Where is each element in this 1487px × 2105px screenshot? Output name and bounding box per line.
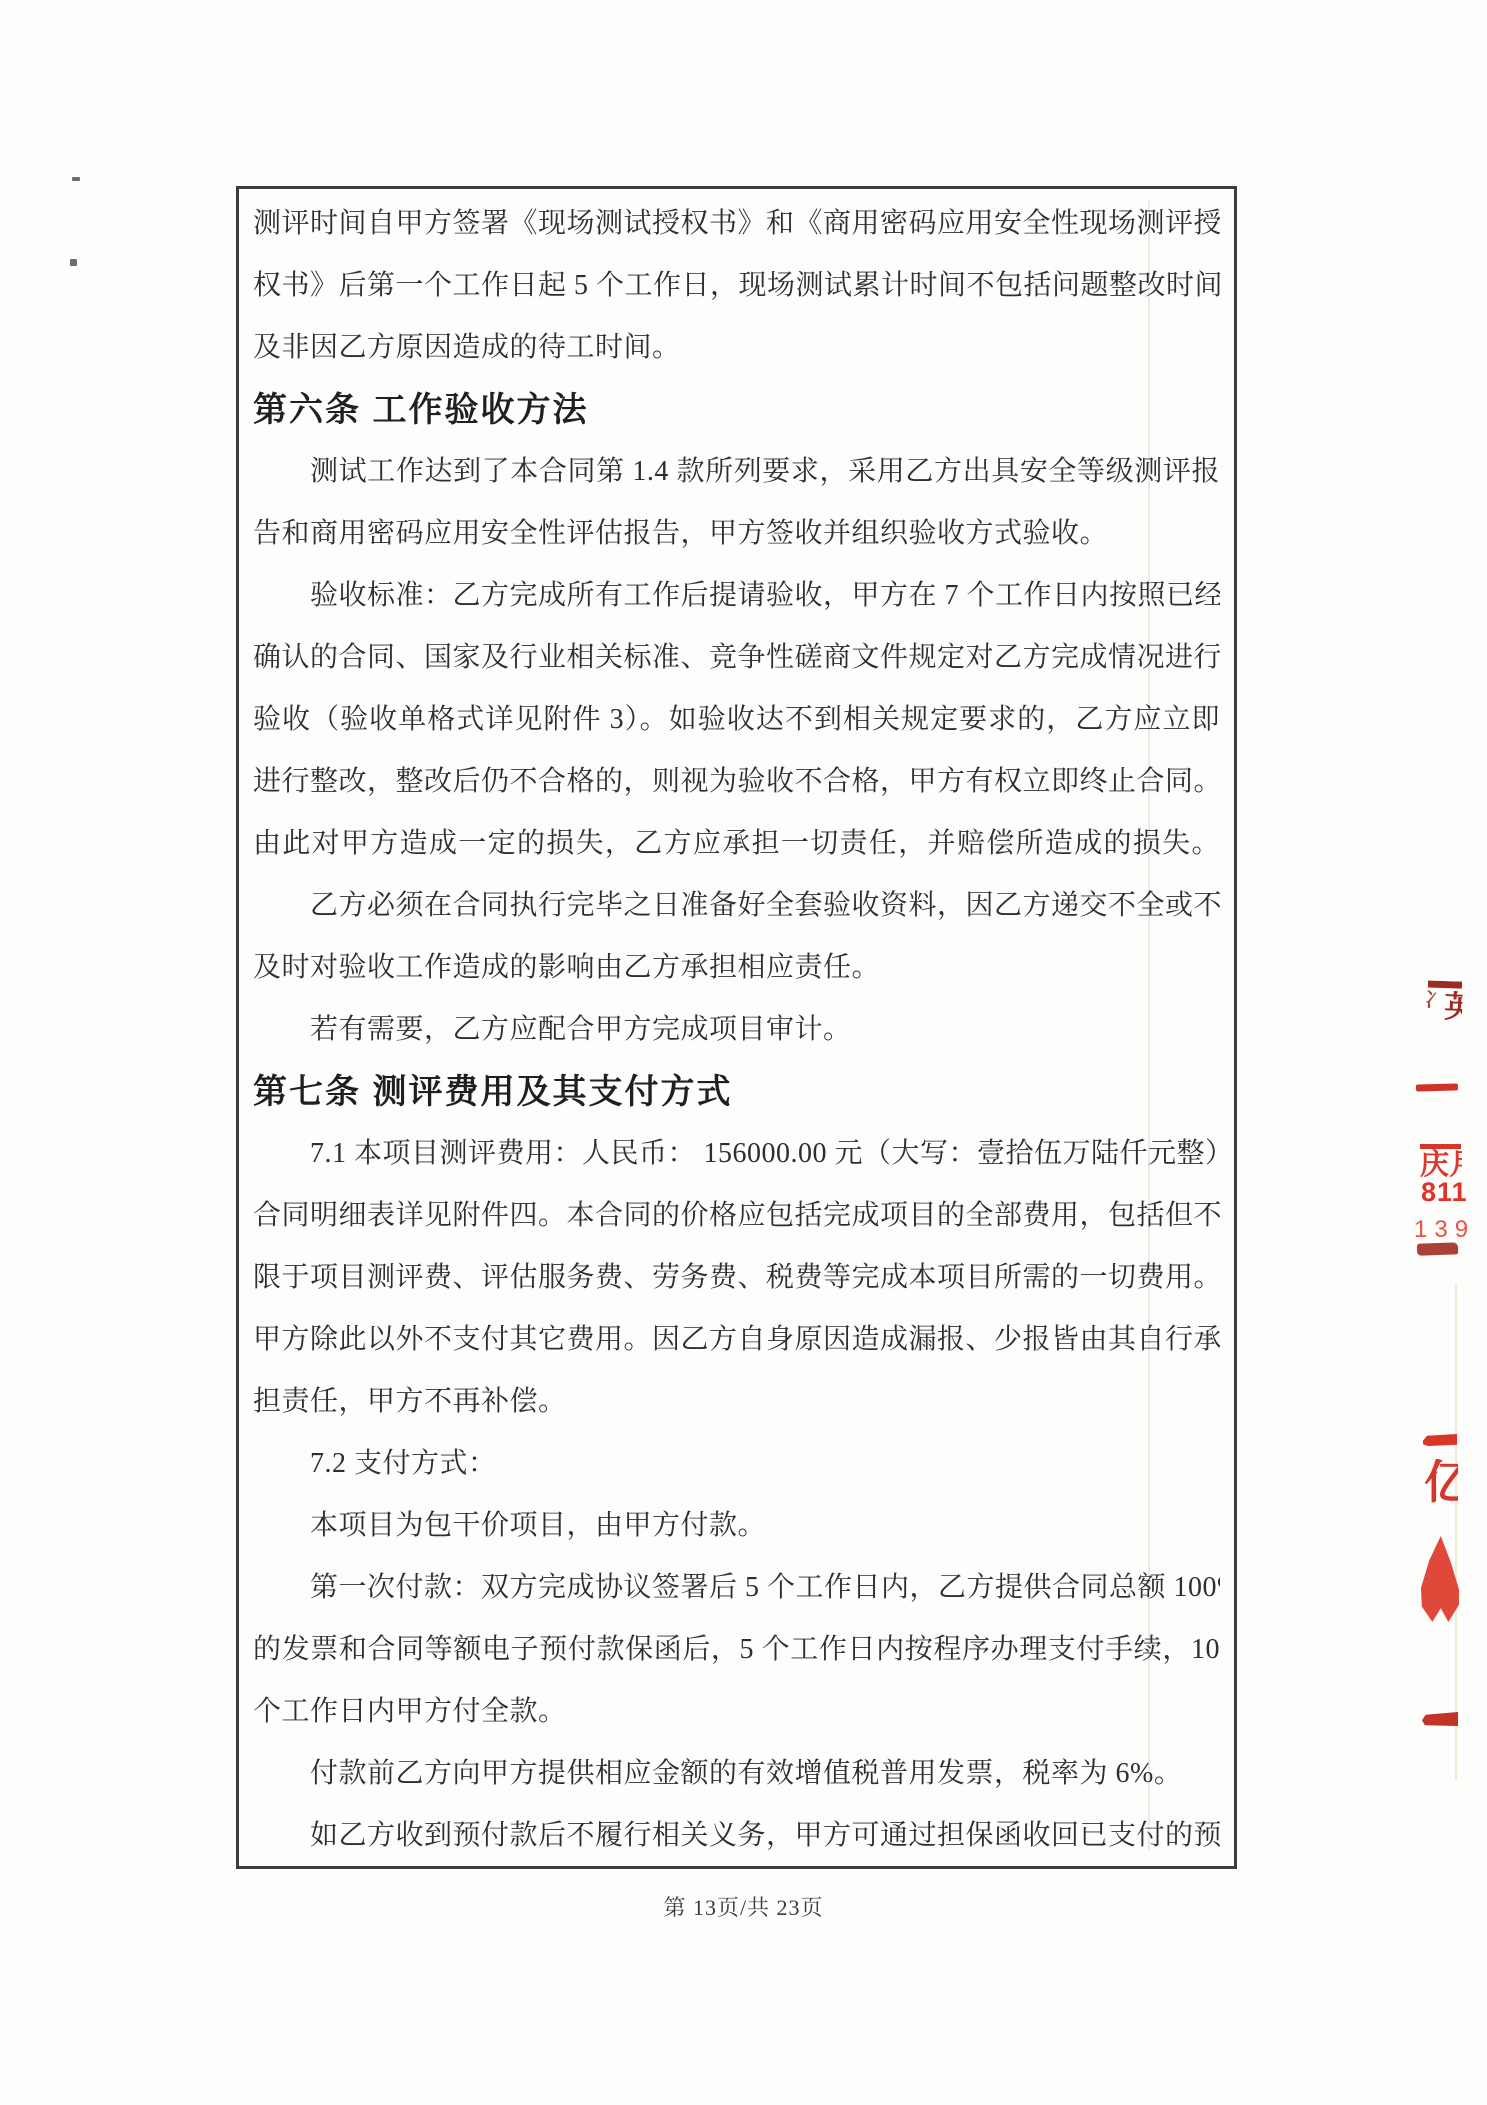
contract-text-line: 若有需要，乙方应配合甲方完成项目审计。 [253, 999, 1220, 1061]
contract-text-line: 及非因乙方原因造成的待工时间。 [253, 317, 1220, 379]
red-seal-fragment: 冫英 [1423, 980, 1463, 1045]
contract-text-box: 测评时间自甲方签署《现场测试授权书》和《商用密码应用安全性现场测评授权书》后第一… [236, 186, 1237, 1869]
red-stamp-bar [1422, 1712, 1458, 1726]
contract-text-line: 告和商用密码应用安全性评估报告，甲方签收并组织验收方式验收。 [253, 503, 1220, 565]
contract-text-line: 验收标准：乙方完成所有工作后提请验收，甲方在 7 个工作日内按照已经 [253, 565, 1220, 627]
seal-bar [1428, 980, 1462, 988]
contract-text-line: 本项目为包干价项目，由甲方付款。 [253, 1495, 1220, 1557]
red-stamp-digits-139: 139 [1414, 1217, 1475, 1243]
red-stamp-text-qing: 庆月 [1420, 1144, 1466, 1181]
red-stamp-smudge [1417, 1242, 1458, 1255]
contract-text-line: 担责任，甲方不再补偿。 [253, 1371, 1220, 1433]
scanned-contract-page: 测评时间自甲方签署《现场测试授权书》和《商用密码应用安全性现场测评授权书》后第一… [0, 0, 1487, 2105]
contract-text-line: 测试工作达到了本合同第 1.4 款所列要求，采用乙方出具安全等级测评报 [253, 441, 1220, 503]
contract-text-line: 如乙方收到预付款后不履行相关义务，甲方可通过担保函收回已支付的预 [253, 1805, 1220, 1867]
contract-text-line: 乙方必须在合同执行完毕之日准备好全套验收资料，因乙方递交不全或不 [253, 875, 1220, 937]
contract-text-line: 7.1 本项目测评费用：人民币： 156000.00 元（大写：壹拾伍万陆仟元整… [253, 1123, 1220, 1185]
section-heading: 第六条 工作验收方法 [253, 379, 1220, 441]
contract-text-line: 的发票和合同等额电子预付款保函后，5 个工作日内按程序办理支付手续，10 [253, 1619, 1220, 1681]
contract-text-line: 及时对验收工作造成的影响由乙方承担相应责任。 [253, 937, 1220, 999]
contract-text-line: 测评时间自甲方签署《现场测试授权书》和《商用密码应用安全性现场测评授 [253, 193, 1220, 255]
contract-text-line: 甲方除此以外不支付其它费用。因乙方自身原因造成漏报、少报皆由其自行承 [253, 1309, 1220, 1371]
contract-text-line: 个工作日内甲方付全款。 [253, 1681, 1220, 1743]
contract-text-line: 确认的合同、国家及行业相关标准、竞争性磋商文件规定对乙方完成情况进行 [253, 627, 1220, 689]
red-stamp-digits-811: 811 [1421, 1179, 1468, 1206]
seal-character: 英 [1444, 990, 1463, 1025]
red-stamp-partial-character: 亿 [1424, 1459, 1458, 1509]
stamp-overline [1420, 1144, 1461, 1149]
scan-streak [1455, 1285, 1457, 1780]
contract-text-line: 限于项目测评费、评估服务费、劳务费、税费等完成本项目所需的一切费用。 [253, 1247, 1220, 1309]
stamp-char-partial: 月 [1449, 1150, 1462, 1181]
red-stamp-bar [1416, 1083, 1458, 1091]
contract-text-line: 付款前乙方向甲方提供相应金额的有效增值税普用发票，税率为 6%。 [253, 1743, 1220, 1805]
contract-text-line: 合同明细表详见附件四。本合同的价格应包括完成项目的全部费用，包括但不 [253, 1185, 1220, 1247]
contract-text-line: 验收（验收单格式详见附件 3）。如验收达不到相关规定要求的，乙方应立即 [253, 689, 1220, 751]
scan-speck [72, 177, 80, 181]
stamp-char-qing: 庆 [1420, 1149, 1449, 1181]
red-stamp-arrow-blob [1421, 1536, 1459, 1622]
section-heading: 第七条 测评费用及其支付方式 [253, 1061, 1220, 1123]
red-stamp-bar [1423, 1434, 1457, 1446]
contract-text-line: 由此对甲方造成一定的损失，乙方应承担一切责任，并赔偿所造成的损失。 [253, 813, 1220, 875]
contract-text-line: 7.2 支付方式： [253, 1433, 1220, 1495]
contract-text-line: 权书》后第一个工作日起 5 个工作日，现场测试累计时间不包括问题整改时间 [253, 255, 1220, 317]
page-number: 第 13页/共 23页 [0, 1891, 1487, 1922]
seal-stroke-glyph: 冫 [1424, 989, 1445, 1012]
contract-text-line: 进行整改，整改后仍不合格的，则视为验收不合格，甲方有权立即终止合同。 [253, 751, 1220, 813]
contract-text-line: 第一次付款：双方完成协议签署后 5 个工作日内，乙方提供合同总额 100% [253, 1557, 1220, 1619]
scan-speck [70, 259, 77, 266]
